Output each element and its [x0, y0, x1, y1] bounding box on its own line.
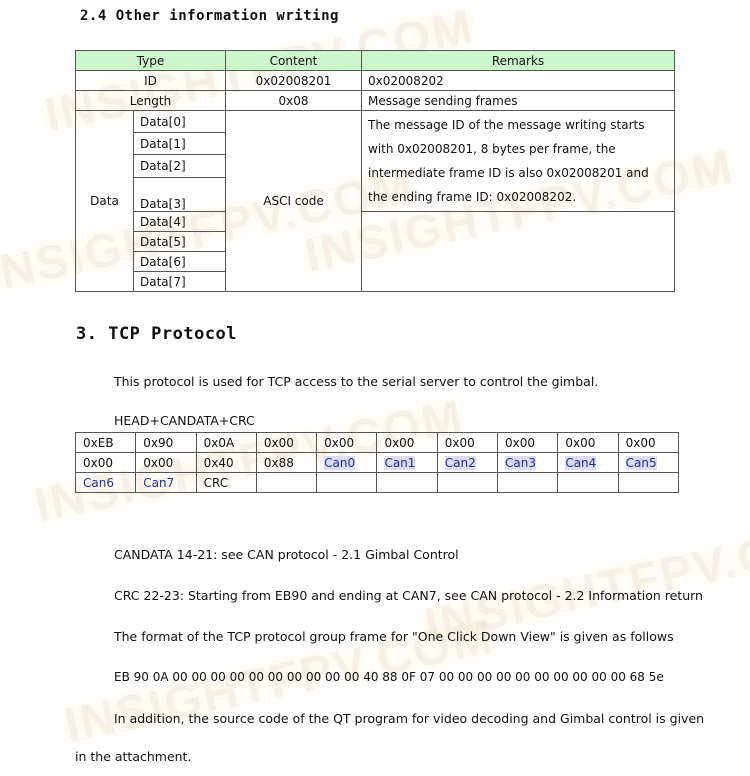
frame-byte-cell: [498, 473, 558, 493]
frame-byte-cell: Can0: [317, 453, 377, 473]
table-row: ID 0x02008201 0x02008202: [76, 71, 675, 91]
table-row: Data[4]: [76, 212, 675, 232]
frame-byte-cell: 0x00: [377, 433, 437, 453]
table-row: Can6Can7CRC: [76, 473, 679, 493]
addition-paragraph-line1: In addition, the source code of the QT p…: [114, 711, 704, 726]
can-data-label: Can1: [384, 456, 415, 470]
frame-byte-cell: 0x00: [256, 433, 316, 453]
document-page: 2.4 Other information writing Type Conte…: [0, 0, 750, 776]
data-remarks: The message ID of the message writing st…: [362, 111, 675, 212]
frame-structure-label: HEAD+CANDATA+CRC: [114, 413, 255, 428]
info-writing-table: Type Content Remarks ID 0x02008201 0x020…: [75, 50, 675, 292]
can-data-label: Can5: [626, 456, 657, 470]
frame-byte-cell: 0x40: [196, 453, 256, 473]
intro-paragraph: This protocol is used for TCP access to …: [114, 374, 598, 389]
table-row: 0xEB0x900x0A0x000x000x000x000x000x000x00: [76, 433, 679, 453]
data-content: ASCI code: [226, 111, 362, 292]
frame-byte-cell: [256, 473, 316, 493]
can-data-label: Can0: [324, 456, 355, 470]
table-row: 0x000x000x400x88Can0Can1Can2Can3Can4Can5: [76, 453, 679, 473]
tcp-frame-table: 0xEB0x900x0A0x000x000x000x000x000x000x00…: [75, 432, 679, 493]
header-remarks: Remarks: [362, 51, 675, 71]
frame-byte-cell: 0xEB: [76, 433, 136, 453]
frame-byte-cell: 0x90: [136, 433, 196, 453]
frame-byte-cell: [437, 473, 497, 493]
frame-byte-cell: 0x88: [256, 453, 316, 473]
crc-note: CRC 22-23: Starting from EB90 and ending…: [114, 588, 703, 603]
frame-byte-cell: Can2: [437, 453, 497, 473]
data-group-label: Data: [76, 111, 134, 292]
table-row: Length 0x08 Message sending frames: [76, 91, 675, 111]
frame-byte-cell: 0x00: [558, 433, 618, 453]
frame-byte-cell: Can3: [498, 453, 558, 473]
frame-byte-cell: [618, 473, 678, 493]
frame-byte-cell: Can4: [558, 453, 618, 473]
frame-byte-cell: Can1: [377, 453, 437, 473]
frame-byte-cell: [558, 473, 618, 493]
table-row: Data Data[0] ASCI code The message ID of…: [76, 111, 675, 133]
frame-byte-cell: 0x00: [618, 433, 678, 453]
frame-byte-cell: [317, 473, 377, 493]
frame-byte-cell: Can6: [76, 473, 136, 493]
can-data-label: Can2: [445, 456, 476, 470]
frame-byte-cell: 0x00: [76, 453, 136, 473]
can-data-label: Can4: [565, 456, 596, 470]
section-heading-2-4: 2.4 Other information writing: [80, 8, 339, 24]
example-bytes: EB 90 0A 00 00 00 00 00 00 00 00 00 00 4…: [114, 670, 664, 684]
section-heading-3: 3. TCP Protocol: [76, 324, 237, 344]
header-type: Type: [76, 51, 226, 71]
header-content: Content: [226, 51, 362, 71]
addition-paragraph-line2: in the attachment.: [75, 749, 191, 764]
table-header-row: Type Content Remarks: [76, 51, 675, 71]
frame-byte-cell: 0x0A: [196, 433, 256, 453]
can-data-label: Can3: [505, 456, 536, 470]
frame-byte-cell: 0x00: [498, 433, 558, 453]
frame-byte-cell: 0x00: [437, 433, 497, 453]
example-intro: The format of the TCP protocol group fra…: [114, 629, 674, 644]
empty-remarks-cell: [362, 212, 675, 292]
frame-byte-cell: Can5: [618, 453, 678, 473]
frame-byte-cell: CRC: [196, 473, 256, 493]
frame-byte-cell: Can7: [136, 473, 196, 493]
candata-note: CANDATA 14-21: see CAN protocol - 2.1 Gi…: [114, 547, 459, 562]
frame-byte-cell: [377, 473, 437, 493]
frame-byte-cell: 0x00: [317, 433, 377, 453]
frame-byte-cell: 0x00: [136, 453, 196, 473]
